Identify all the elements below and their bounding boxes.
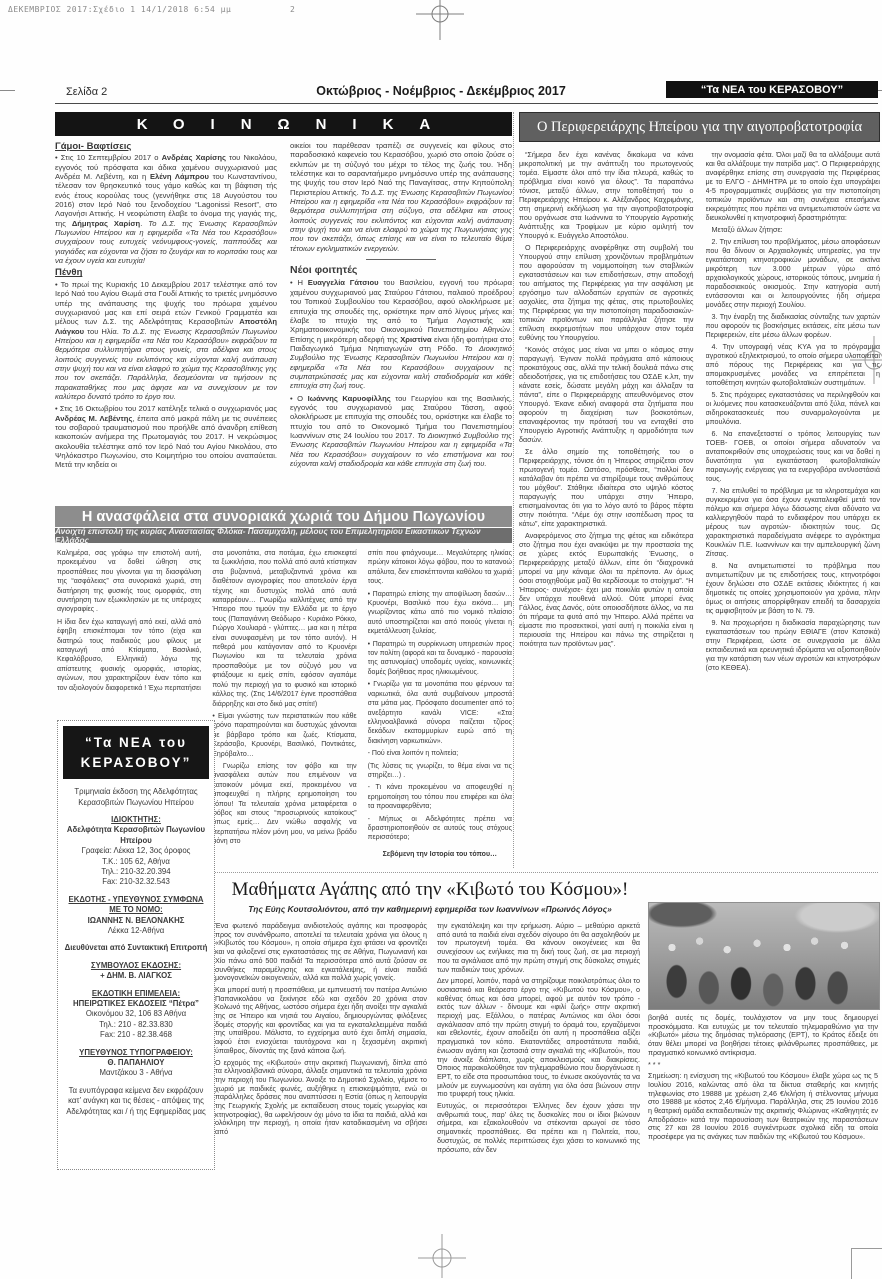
paragraph: - Μήπως οι Αδελφότητες πρέπει να δραστηρ… <box>368 815 512 843</box>
paragraph: ΣΥΜΒΟΥΛΟΣ ΕΚΔΟΣΗΣ: <box>64 961 208 971</box>
anasfaleia-title: Η ανασφάλεια στα συνοριακά χωριά του Δήμ… <box>55 506 512 527</box>
paragraph: Η ίδια δεν έχω καταγωγή από εκεί, αλλά α… <box>57 618 201 693</box>
group-photo <box>648 902 880 1010</box>
kivotos-article-byline: Της Εύης Κουτσολιόντου, από την καθημερι… <box>215 904 645 914</box>
paragraph: Οικονόμου 32, 106 83 Αθήνα <box>64 1009 208 1019</box>
paragraph: - Τι κάνει προκειμένου να αποφευχθεί η ε… <box>368 783 512 811</box>
paragraph: • Το πρωί της Κυριακής 10 Δεκεμβρίου 201… <box>55 280 277 401</box>
paragraph: • Η Ευαγγελία Γάτσιου του Βασιλείου, εγγ… <box>290 278 512 390</box>
print-page-number: 2 <box>290 5 295 14</box>
paragraph: Ένα φωτεινό παράδειγμα ανιδιοτελούς αγάπ… <box>215 922 427 983</box>
section-heading: Γάμοι- Βαφτίσεις <box>55 142 277 151</box>
registration-crosshair-icon <box>418 1234 466 1278</box>
publication-details: Τριμηνιαία έκδοση της Αδελφότητας Κερασο… <box>58 784 214 1120</box>
paragraph: Τηλ.: 210 - 82.33.830 <box>64 1020 208 1030</box>
registration-crosshair-icon <box>416 0 464 40</box>
kivotos-column-3: βοηθά αυτές τις δομές, τουλάχιστον να μη… <box>648 1014 878 1209</box>
paragraph: - Πού είναι λοιπόν η πολιτεία; <box>368 749 512 758</box>
paragraph: • Στις 10 Σεπτεμβρίου 2017 ο Ανδρέας Χαρ… <box>55 153 277 265</box>
section-heading: Πένθη <box>55 268 277 277</box>
paragraph: Ευτυχώς, οι περισσότεροι Έλληνες δεν έχο… <box>437 1102 640 1154</box>
paragraph: Δεν μπορεί, λοιπόν, παρά να στηρίζουμε π… <box>437 977 640 1099</box>
section-divider <box>215 872 878 873</box>
paragraph: Γραφεία: Λέκκα 12, 3ος όροφος <box>64 846 208 856</box>
paragraph: Καλημέρα, σας γράφω την επιστολή αυτή, π… <box>57 549 201 615</box>
paragraph: + ΔΗΜ. Β. ΛΙΑΓΚΟΣ <box>64 971 208 981</box>
paragraph: “Σήμερα δεν έχει κανένας δικαίωμα να κάν… <box>519 150 694 240</box>
newspaper-page: ΔΕΚΕΜΒΡΙΟΣ 2017:Σχέδιο 1 14/1/2018 6:54 … <box>0 0 882 1279</box>
koinonika-column-1: Γάμοι- Βαφτίσεις• Στις 10 Σεπτεμβρίου 20… <box>55 141 277 508</box>
paragraph: 3. Την έναρξη της διαδικασίας σύνταξης τ… <box>706 312 881 339</box>
paragraph: Μαντζάκου 3 - Αθήνα <box>64 1068 208 1078</box>
paragraph: ΕΚΔΟΤΙΚΗ ΕΠΙΜΕΛΕΙΑ: <box>64 989 208 999</box>
publication-box-title-line1: “Τα ΝΕΑ του <box>65 733 207 753</box>
paragraph: στα μονοπάτια, στα ποτάμια, έχω επισκεφτ… <box>212 549 356 709</box>
publication-box-masthead: “Τα ΝΕΑ του ΚΕΡΑΣΟΒΟΥ” <box>63 726 209 779</box>
paragraph: • Γνωρίζω για τα μονοπάτια που φέρνουν τ… <box>368 680 512 746</box>
paragraph: ΕΚΔΟΤΗΣ - ΥΠΕΥΘΥΝΟΣ ΣΥΜΦΩΝΑ ΜΕ ΤΟ ΝΟΜΟ: <box>64 895 208 916</box>
paragraph: Λέκκα 12-Αθήνα <box>64 926 208 936</box>
paragraph: 5. Στις πρόχειρες εγκαταστάσεις να περιλ… <box>706 390 881 426</box>
publication-info-box: “Τα ΝΕΑ του ΚΕΡΑΣΟΒΟΥ” Τριμηνιαία έκδοση… <box>57 720 215 1170</box>
publication-box-title-line2: ΚΕΡΑΣΟΒΟΥ” <box>65 753 207 773</box>
header-rule <box>55 103 878 104</box>
paragraph: ΗΠΕΙΡΩΤΙΚΕΣ ΕΚΔΟΣΕΙΣ “Πέτρα” <box>64 999 208 1009</box>
masthead-brand: “Τα ΝΕΑ του ΚΕΡΑΣΟΒΟΥ” <box>666 81 878 98</box>
paragraph: Αδελφότητα Κερασοβιτών Πωγωνίου Ηπείρου <box>64 825 208 846</box>
paragraph: Μεταξύ άλλων ζήτησε: <box>706 225 881 234</box>
paragraph: Διευθύνεται από Συντακτική Επιτροπή <box>64 943 208 953</box>
paragraph: Τριμηνιαία έκδοση της Αδελφότητας Κερασο… <box>64 787 208 808</box>
kivotos-column-2: την εγκατάλειψη και την ερήμωση. Αύριο –… <box>437 922 640 1190</box>
crop-corner-mark <box>851 1248 882 1279</box>
paragraph: Τα ενυπόγραφα κείμενα δεν εκφράζουν κατ’… <box>64 1086 208 1117</box>
paragraph: • Ο Ιωάννης Καρυοφίλλης του Γεωργίου και… <box>290 394 512 469</box>
koinonika-section-banner: ΚΟΙΝΩΝΙΚΑ <box>55 112 512 136</box>
paragraph: Σεβόμενη την Ιστορία του τόπου… <box>368 850 512 859</box>
kivotos-article-title: Μαθήματα Αγάπης από την «Κιβωτό του Κόσμ… <box>215 879 645 901</box>
paragraph: • Παρατηρώ επίσης την αποψίλωση δασών… Κ… <box>368 590 512 637</box>
paragraph: (Τις λύσεις τις γνωρίζει, το θέμα είναι … <box>368 762 512 781</box>
anasfaleia-subtitle: Ανοιχτή επιστολή της κυρίας Αναστασίας Φ… <box>55 528 512 543</box>
paragraph: Θ. ΠΑΠΑΗΛΙΟΥ <box>64 1058 208 1068</box>
paragraph: 2. Την επίλυση του προβλήματος, μέσω απο… <box>706 237 881 309</box>
paragraph: Τηλ.: 210-32.20.394 <box>64 867 208 877</box>
paragraph: 9. Να προχωρήσει η διαδικασία παραχώρηση… <box>706 618 881 672</box>
paragraph: οικείοι του παρέθεσαν τραπέζι σε συγγενε… <box>290 141 512 253</box>
divider <box>366 259 436 260</box>
paragraph: ΙΔΙΟΚΤΗΤΗΣ: <box>64 815 208 825</box>
anasfaleia-article-header: Η ανασφάλεια στα συνοριακά χωριά του Δήμ… <box>55 506 512 543</box>
paragraph: • Στις 16 Οκτωβρίου του 2017 κατέληξε τε… <box>55 404 277 469</box>
paragraph: ΥΠΕΥΘΥΝΟΣ ΤΥΠΟΓΡΑΦΕΙΟΥ: <box>64 1048 208 1058</box>
perifereiarxis-article: “Σήμερα δεν έχει κανένας δικαίωμα να κάν… <box>519 150 880 868</box>
paragraph: Fax: 210 - 82.38.468 <box>64 1030 208 1040</box>
paragraph: * * * <box>648 1061 878 1070</box>
section-heading: Νέοι φοιτητές <box>290 266 512 275</box>
paragraph: • Είμαι γνώστης των περιστατικών που κάθ… <box>212 712 356 759</box>
paragraph: 6. Να επανεξεταστεί ο τρόπος λειτουργίας… <box>706 429 881 483</box>
paragraph: Τ.Κ.: 105 62, Αθήνα <box>64 857 208 867</box>
paragraph: 8. Να αντιμετωπιστεί το πρόβλημα που αντ… <box>706 561 881 615</box>
paragraph: ΙΩΑΝΝΗΣ Ν. ΒΕΛΟΝΑΚΗΣ <box>64 916 208 926</box>
paragraph: “Κοινός στόχος μας είναι να μπει ο κόσμο… <box>519 345 694 444</box>
paragraph: Αναφερόμενος στο ζήτημα της φέτας και ει… <box>519 531 694 648</box>
print-info-line: ΔΕΚΕΜΒΡΙΟΣ 2017:Σχέδιο 1 14/1/2018 6:54 … <box>8 5 231 14</box>
paragraph: Και μπορεί αυτή η προσπάθεια, με εμπνευσ… <box>215 986 427 1056</box>
koinonika-column-2: οικείοι του παρέθεσαν τραπέζι σε συγγενε… <box>290 141 512 508</box>
paragraph: την εγκατάλειψη και την ερήμωση. Αύριο –… <box>437 922 640 974</box>
paragraph: Fax: 210-32.32.543 <box>64 877 208 887</box>
perifereiarxis-article-title: Ο Περιφερειάρχης Ηπείρου για την αιγοπρο… <box>519 112 880 142</box>
letter-column-3: σπίτι που φτιάχνουμε… Μεγαλύτερης ηλικία… <box>368 549 512 867</box>
perifereiarxis-column-2: την ονομασία φέτα. Όλοι μαζί θα τα αλλάξ… <box>706 150 881 868</box>
paragraph: την ονομασία φέτα. Όλοι μαζί θα τα αλλάξ… <box>706 150 881 222</box>
paragraph: • Παρατηρώ τη συρρίκνωση υπηρεσιών προς … <box>368 640 512 678</box>
paragraph: Ο ερχομός της «Κιβωτού» στην ακριτική Πω… <box>215 1059 427 1137</box>
paragraph: βοηθά αυτές τις δομές, τουλάχιστον να μη… <box>648 1014 878 1058</box>
column-separator <box>513 112 514 868</box>
koinonika-section: Γάμοι- Βαφτίσεις• Στις 10 Σεπτεμβρίου 20… <box>55 141 512 508</box>
paragraph: • Γνωρίζω επίσης τον φόβο και την ανασφά… <box>212 762 356 847</box>
paragraph: σπίτι που φτιάχνουμε… Μεγαλύτερης ηλικία… <box>368 549 512 587</box>
paragraph: Σημείωση: η ενίσχυση της «Κιβωτού του Κό… <box>648 1072 878 1142</box>
paragraph: 4. Την υπογραφή νέας ΚΥΑ για το πρόγραμμ… <box>706 342 881 387</box>
kivotos-column-1: Ένα φωτεινό παράδειγμα ανιδιοτελούς αγάπ… <box>215 922 427 1172</box>
paragraph: Σε άλλο σημείο της τοποθέτησής του ο Περ… <box>519 447 694 528</box>
paragraph: 7. Να επιλυθεί το πρόβλημα με τα κληροτε… <box>706 486 881 558</box>
paragraph: Ο Περιφερειάρχης αναφέρθηκε στη συμβολή … <box>519 243 694 342</box>
perifereiarxis-column-1: “Σήμερα δεν έχει κανένας δικαίωμα να κάν… <box>519 150 694 868</box>
letter-column-2: στα μονοπάτια, στα ποτάμια, έχω επισκεφτ… <box>212 549 356 867</box>
